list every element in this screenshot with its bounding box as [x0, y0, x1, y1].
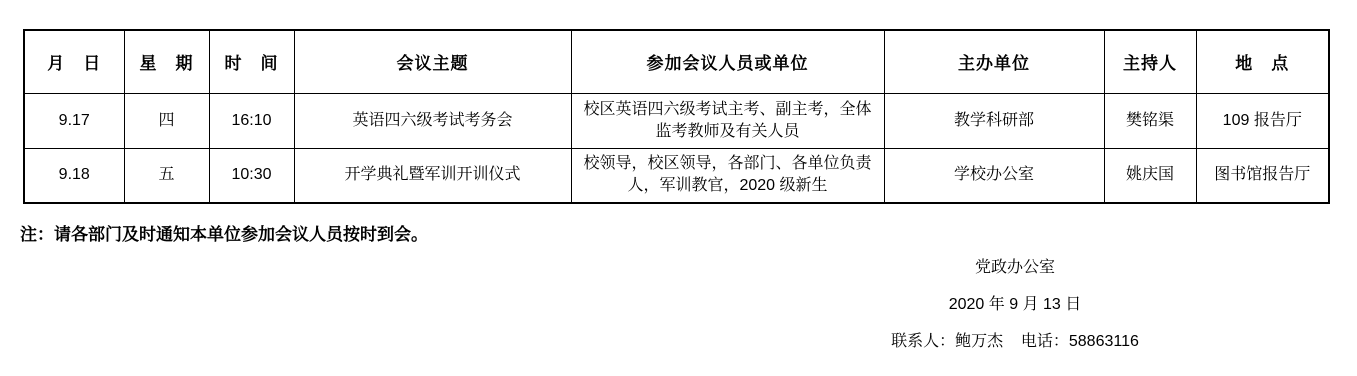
col-header-month-day: 月 日 — [24, 30, 124, 93]
cell-month-day: 9.18 — [24, 148, 124, 203]
note-text: 注：请各部门及时通知本单位参加会议人员按时到会。 — [20, 220, 428, 245]
table-row: 9.17 四 16:10 英语四六级考试考务会 校区英语四六级考试主考、副主考，… — [24, 93, 1329, 148]
cell-month-day: 9.17 — [24, 93, 124, 148]
col-header-weekday: 星 期 — [124, 30, 209, 93]
cell-participants: 校领导，校区领导，各部门、各单位负责人，军训教官，2020 级新生 — [571, 148, 884, 203]
cell-participants: 校区英语四六级考试主考、副主考，全体监考教师及有关人员 — [571, 93, 884, 148]
col-header-time: 时 间 — [209, 30, 294, 93]
signoff-block: 党政办公室 2020 年 9 月 13 日 联系人：鲍万杰 电话：5886311… — [820, 258, 1210, 369]
cell-meeting-topic: 英语四六级考试考务会 — [294, 93, 571, 148]
cell-organizer: 教学科研部 — [884, 93, 1104, 148]
cell-weekday: 五 — [124, 148, 209, 203]
cell-location: 109 报告厅 — [1196, 93, 1329, 148]
col-header-meeting-topic: 会议主题 — [294, 30, 571, 93]
cell-time: 16:10 — [209, 93, 294, 148]
cell-host: 姚庆国 — [1104, 148, 1196, 203]
col-header-participants: 参加会议人员或单位 — [571, 30, 884, 93]
signoff-department: 党政办公室 — [820, 258, 1210, 277]
col-header-organizer: 主办单位 — [884, 30, 1104, 93]
col-header-location: 地 点 — [1196, 30, 1329, 93]
cell-host: 樊铭渠 — [1104, 93, 1196, 148]
col-header-host: 主持人 — [1104, 30, 1196, 93]
meeting-schedule-table: 月 日 星 期 时 间 会议主题 参加会议人员或单位 主办单位 主持人 地 点 … — [23, 29, 1330, 204]
cell-meeting-topic: 开学典礼暨军训开训仪式 — [294, 148, 571, 203]
cell-location: 图书馆报告厅 — [1196, 148, 1329, 203]
signoff-date: 2020 年 9 月 13 日 — [820, 295, 1210, 314]
table-row: 9.18 五 10:30 开学典礼暨军训开训仪式 校领导，校区领导，各部门、各单… — [24, 148, 1329, 203]
cell-time: 10:30 — [209, 148, 294, 203]
cell-weekday: 四 — [124, 93, 209, 148]
cell-organizer: 学校办公室 — [884, 148, 1104, 203]
signoff-contact: 联系人：鲍万杰 电话：58863116 — [820, 332, 1210, 351]
table-header-row: 月 日 星 期 时 间 会议主题 参加会议人员或单位 主办单位 主持人 地 点 — [24, 30, 1329, 93]
meeting-notice-document: 月 日 星 期 时 间 会议主题 参加会议人员或单位 主办单位 主持人 地 点 … — [0, 0, 1357, 376]
